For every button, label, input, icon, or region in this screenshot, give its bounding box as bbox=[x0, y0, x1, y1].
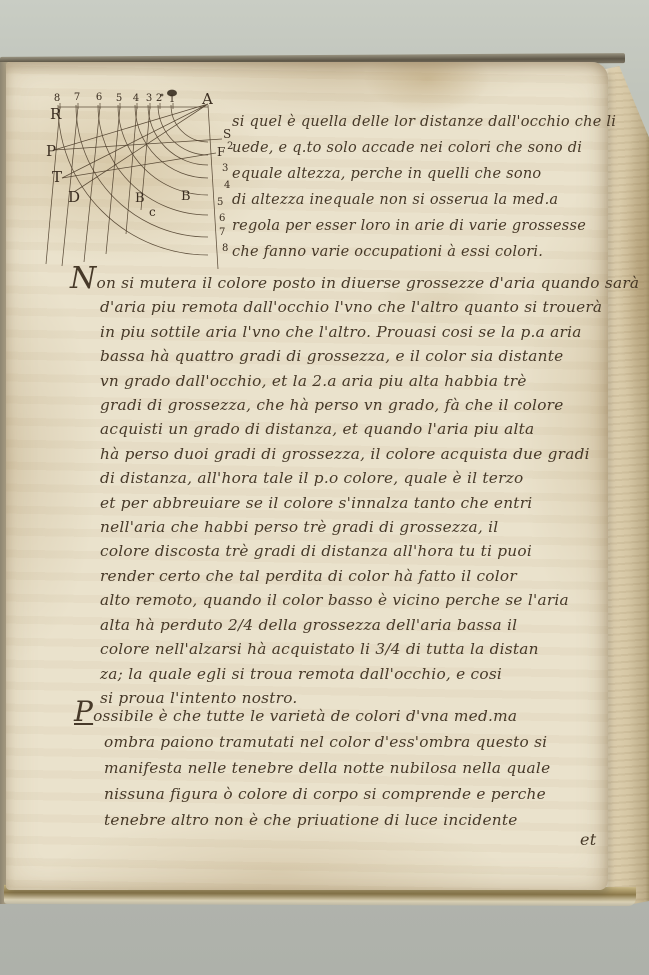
text-line: uede, e q.to solo accade nei colori che … bbox=[232, 135, 616, 161]
text-line: che fanno varie occupationi à essi color… bbox=[232, 239, 616, 265]
text-line: equale altezza, perche in quelli che son… bbox=[232, 161, 616, 187]
text-line: di distanza, all'hora tale il p.o colore… bbox=[70, 466, 618, 490]
diagram-label-f: F bbox=[217, 145, 225, 159]
text-line: gradi di grossezza, che hà perso vn grad… bbox=[70, 393, 618, 417]
text-line: Possibile è che tutte le varietà de colo… bbox=[74, 702, 618, 729]
diagram-top-tick: 4 bbox=[133, 93, 139, 104]
text-line: Non si mutera il colore posto in diuerse… bbox=[70, 269, 618, 295]
diagram-label-c: c bbox=[149, 205, 156, 219]
intro-text-block: si quel è quella delle lor distanze dall… bbox=[232, 109, 616, 265]
diagram-top-tick: 6 bbox=[96, 92, 102, 103]
diagram-right-tick: 8 bbox=[222, 243, 228, 254]
catchword: et bbox=[580, 830, 596, 849]
manuscript-page: A 8 7 6 5 4 3 2 1 R P T D B c B S F 2 3 … bbox=[6, 62, 608, 890]
text-line: nissuna figura ò colore di corpo si comp… bbox=[74, 781, 618, 807]
diagram-label-d: D bbox=[68, 188, 80, 206]
diagram-top-tick: 7 bbox=[74, 92, 80, 103]
text-line: vn grado dall'occhio, et la 2.a aria piu… bbox=[70, 369, 618, 393]
diagram-top-tick: 5 bbox=[116, 93, 122, 104]
diagram-label-s: S bbox=[223, 127, 231, 141]
diagram-right-tick: 3 bbox=[222, 163, 228, 174]
diagram-right-tick: 5 bbox=[217, 197, 223, 208]
text-line: si quel è quella delle lor distanze dall… bbox=[232, 109, 616, 135]
text-line: nell'aria che habbi perso trè gradi di g… bbox=[70, 515, 618, 539]
manuscript-photo: A 8 7 6 5 4 3 2 1 R P T D B c B S F 2 3 … bbox=[0, 0, 649, 975]
text-line: regola per esser loro in arie di varie g… bbox=[232, 213, 616, 239]
text-line: alta hà perduto 2/4 della grossezza dell… bbox=[70, 613, 618, 637]
text-line: ombra paiono tramutati nel color d'ess'o… bbox=[74, 729, 618, 755]
paragraph-2: Possibile è che tutte le varietà de colo… bbox=[74, 702, 618, 833]
text-line: alto remoto, quando il color basso è vic… bbox=[70, 588, 618, 612]
text-line: za; la quale egli si troua remota dall'o… bbox=[70, 662, 618, 686]
diagram-right-tick: 6 bbox=[219, 213, 225, 224]
geometric-diagram: A 8 7 6 5 4 3 2 1 R P T D B c B S F 2 3 … bbox=[42, 88, 238, 274]
text-line: d'aria piu remota dall'occhio l'vno che … bbox=[70, 295, 618, 319]
diagram-top-tick: 3 bbox=[146, 93, 152, 104]
text-line: manifesta nelle tenebre della notte nubi… bbox=[74, 755, 618, 781]
diagram-top-tick: 2 bbox=[156, 93, 162, 104]
text-line: colore nell'alzarsi hà acquistato li 3/4… bbox=[70, 637, 618, 661]
text-line: render certo che tal perdita di color hà… bbox=[70, 564, 618, 588]
text-line: di altezza inequale non si osserua la me… bbox=[232, 187, 616, 213]
text-line: hà perso duoi gradi di grossezza, il col… bbox=[70, 442, 618, 466]
text-line: et per abbreuiare se il colore s'innalza… bbox=[70, 491, 618, 515]
text-line: in piu sottile aria l'vno che l'altro. P… bbox=[70, 320, 618, 344]
diagram-label-t: T bbox=[52, 168, 62, 186]
diagram-label-b1: B bbox=[135, 191, 145, 206]
text-line: acquisti un grado di distanza, et quando… bbox=[70, 417, 618, 441]
diagram-label-r: R bbox=[50, 105, 62, 123]
text-line: bassa hà quattro gradi di grossezza, e i… bbox=[70, 344, 618, 368]
diagram-label-p: P bbox=[46, 142, 56, 160]
text-line: colore discosta trè gradi di distanza al… bbox=[70, 539, 618, 563]
diagram-label-b2: B bbox=[181, 189, 191, 204]
paragraph-1: Non si mutera il colore posto in diuerse… bbox=[70, 269, 618, 710]
diagram-right-tick: 7 bbox=[219, 227, 225, 238]
text-line: tenebre altro non è che priuatione di lu… bbox=[74, 807, 618, 833]
diagram-label-a: A bbox=[201, 90, 213, 108]
diagram-top-tick: 1 bbox=[169, 94, 175, 105]
diagram-top-tick: 8 bbox=[54, 93, 60, 104]
diagram-right-tick: 4 bbox=[224, 180, 230, 191]
